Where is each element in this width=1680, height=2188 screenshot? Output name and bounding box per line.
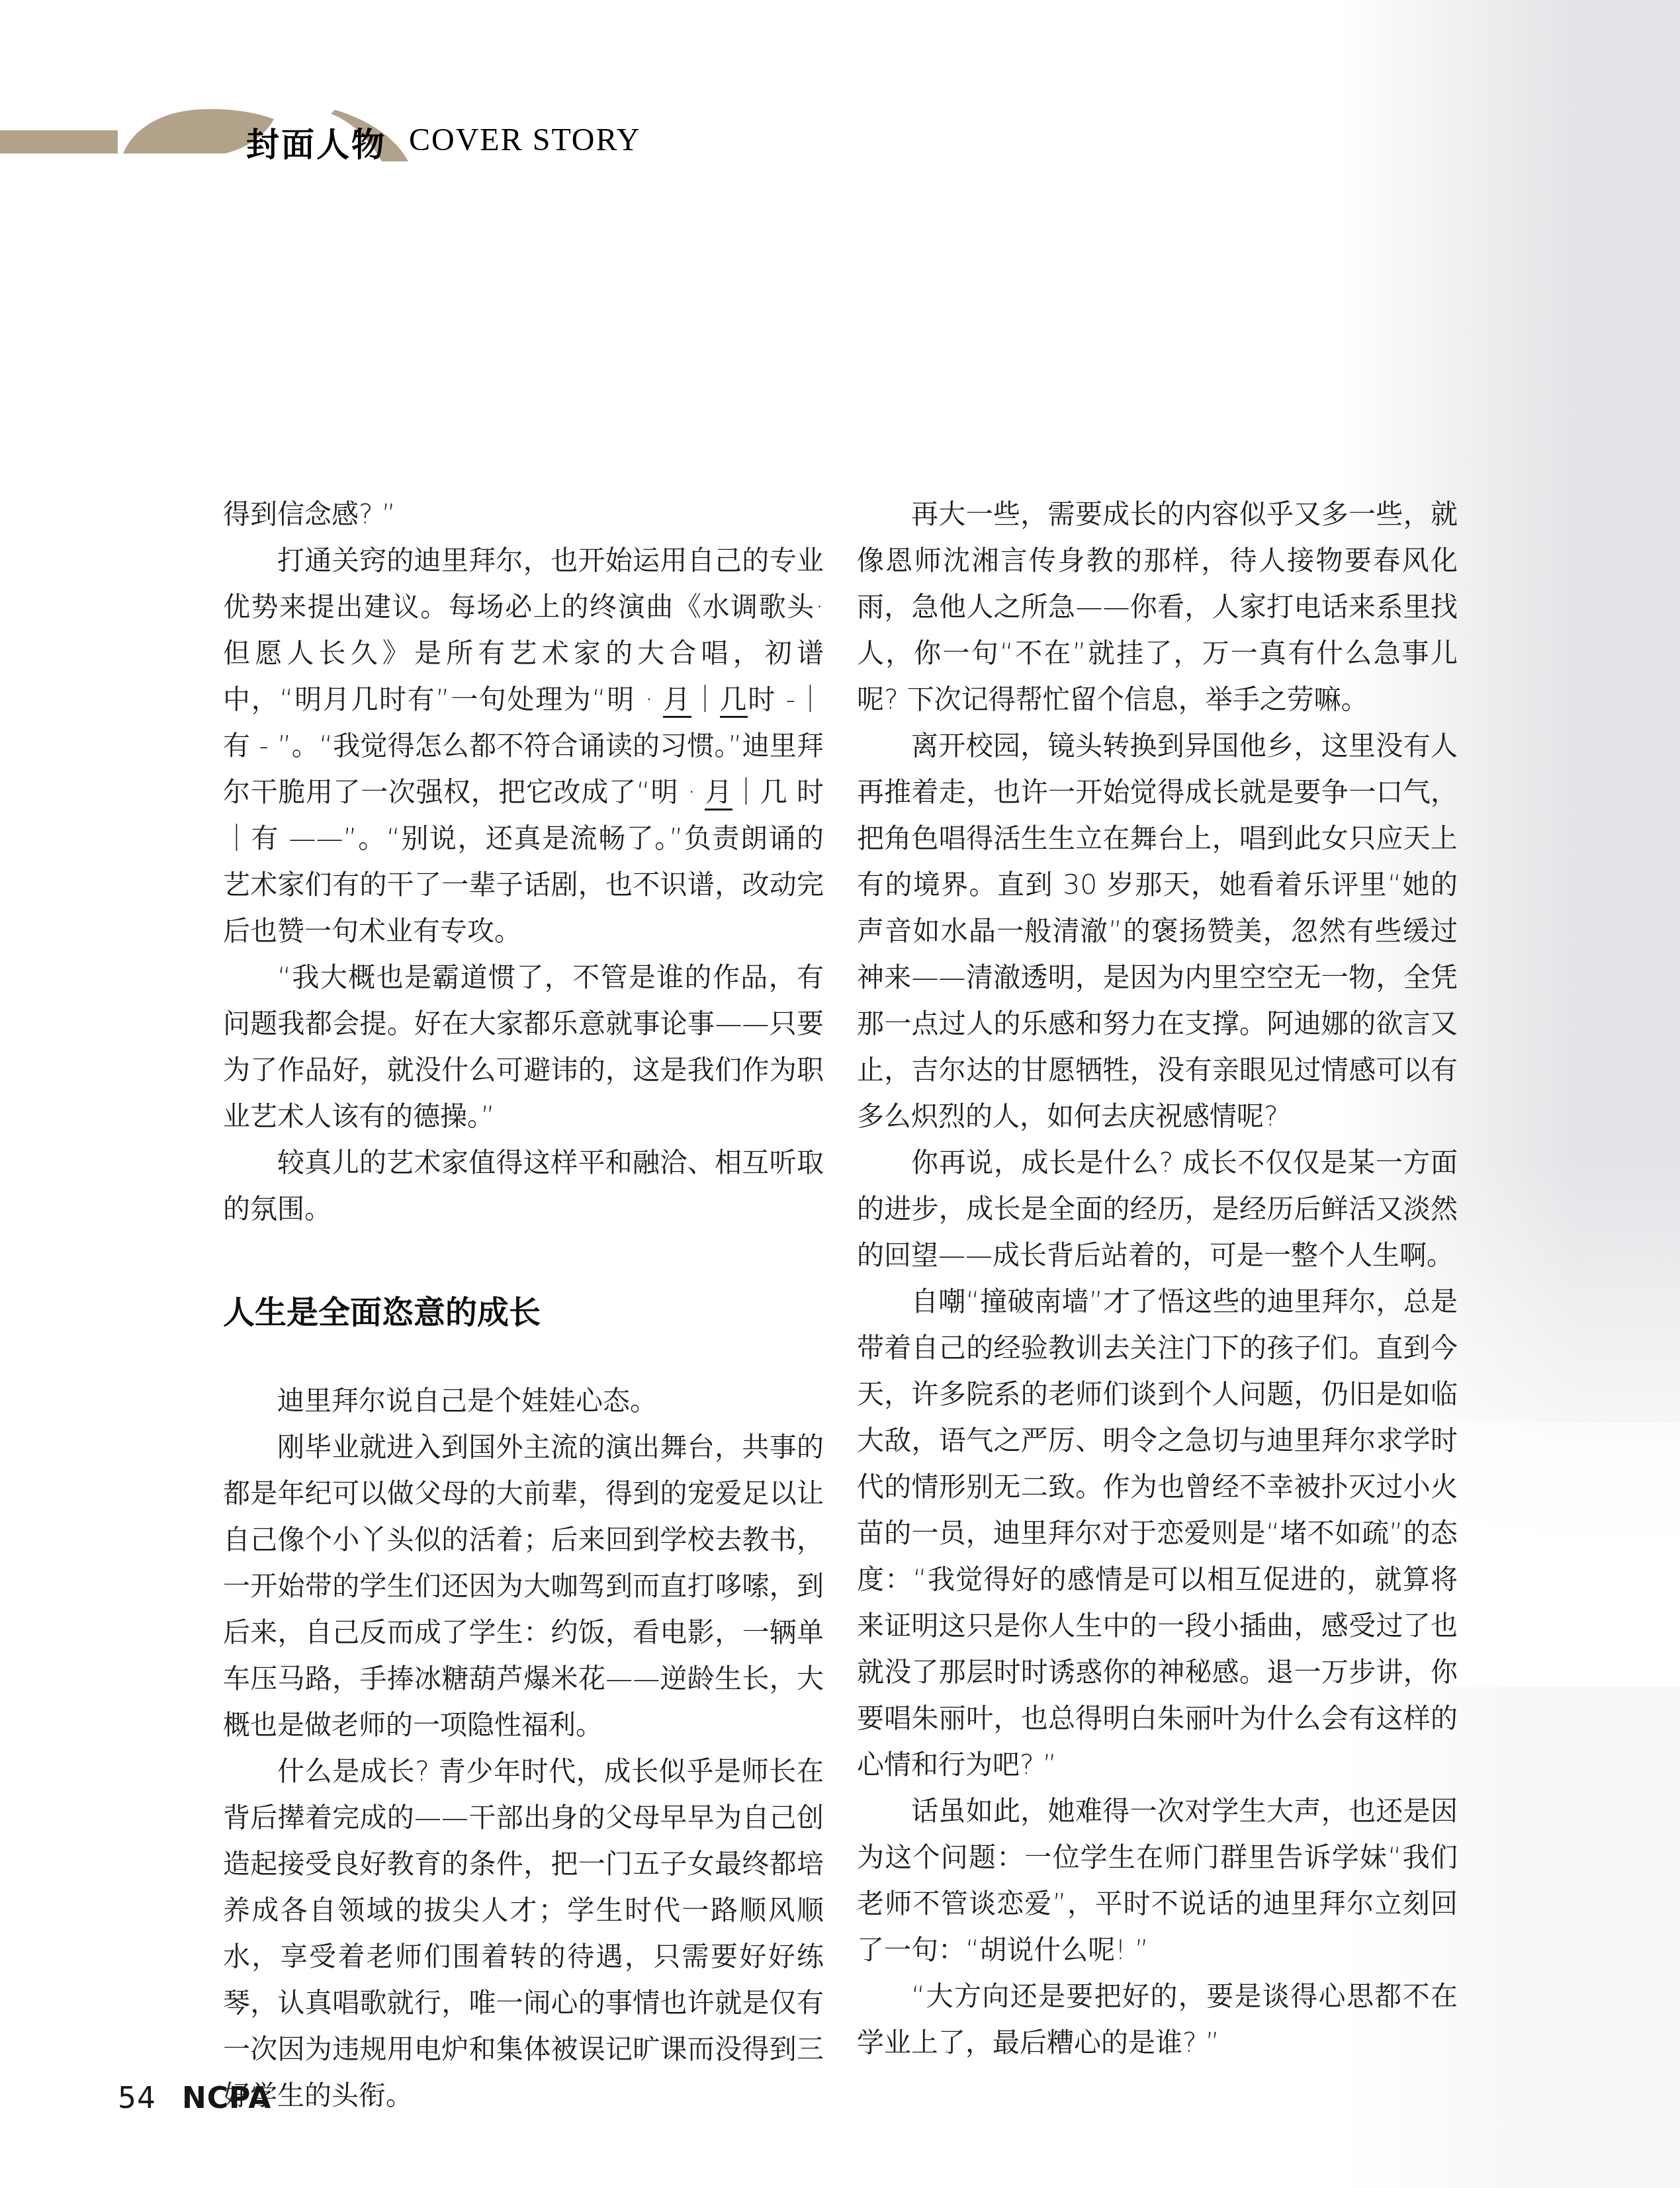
paragraph: “大方向还是要把好的，要是谈得心思都不在学业上了，最后糟心的是谁? ” bbox=[857, 1973, 1458, 2066]
paragraph: 得到信念感? ” bbox=[223, 491, 824, 537]
paragraph: 迪里拜尔说自己是个娃娃心态。 bbox=[223, 1378, 824, 1424]
underlined-note: 月 bbox=[663, 683, 691, 718]
paragraph: 话虽如此，她难得一次对学生大声，也还是因为这个问题：一位学生在师门群里告诉学妹“… bbox=[857, 1788, 1458, 1973]
header-bar-shape bbox=[0, 130, 118, 153]
paragraph: 什么是成长? 青少年时代，成长似乎是师长在背后撵着完成的——干部出身的父母早早为… bbox=[223, 1748, 824, 2119]
underlined-note: 月 bbox=[705, 776, 732, 810]
paragraph: 刚毕业就进入到国外主流的演出舞台，共事的都是年纪可以做父母的大前辈，得到的宠爱足… bbox=[223, 1424, 824, 1748]
paragraph: 打通关窍的迪里拜尔，也开始运用自己的专业优势来提出建议。每场必上的终演曲《水调歌… bbox=[223, 537, 824, 954]
magazine-page: 封面人物 COVER STORY 得到信念感? ”打通关窍的迪里拜尔，也开始运用… bbox=[0, 0, 1680, 2188]
page-footer: 54 NCPA bbox=[118, 2081, 271, 2115]
paragraph: 你再说，成长是什么? 成长不仅仅是某一方面的进步，成长是全面的经历，是经历后鲜活… bbox=[857, 1139, 1458, 1278]
article-column-right: 再大一些，需要成长的内容似乎又多一些，就像恩师沈湘言传身教的那样，待人接物要春风… bbox=[857, 491, 1458, 2066]
paragraph: “我大概也是霸道惯了，不管是谁的作品，有问题我都会提。好在大家都乐意就事论事——… bbox=[223, 954, 824, 1139]
section-title-zh: 封面人物 bbox=[246, 118, 386, 166]
paragraph: 离开校园，镜头转换到异国他乡，这里没有人再推着走，也许一开始觉得成长就是要争一口… bbox=[857, 722, 1458, 1139]
magazine-name: NCPA bbox=[182, 2081, 271, 2115]
section-title-en: COVER STORY bbox=[409, 122, 641, 158]
article-column-left: 得到信念感? ”打通关窍的迪里拜尔，也开始运用自己的专业优势来提出建议。每场必上… bbox=[223, 491, 824, 2119]
paragraph: 自嘲“撞破南墙”才了悟这些的迪里拜尔，总是带着自己的经验教训去关注门下的孩子们。… bbox=[857, 1278, 1458, 1788]
underlined-note: 几 bbox=[720, 683, 748, 718]
section-heading: 人生是全面恣意的成长 bbox=[223, 1294, 824, 1331]
paragraph: 较真儿的艺术家值得这样平和融洽、相互听取的氛围。 bbox=[223, 1139, 824, 1232]
page-number: 54 bbox=[118, 2081, 156, 2115]
paragraph: 再大一些，需要成长的内容似乎又多一些，就像恩师沈湘言传身教的那样，待人接物要春风… bbox=[857, 491, 1458, 722]
